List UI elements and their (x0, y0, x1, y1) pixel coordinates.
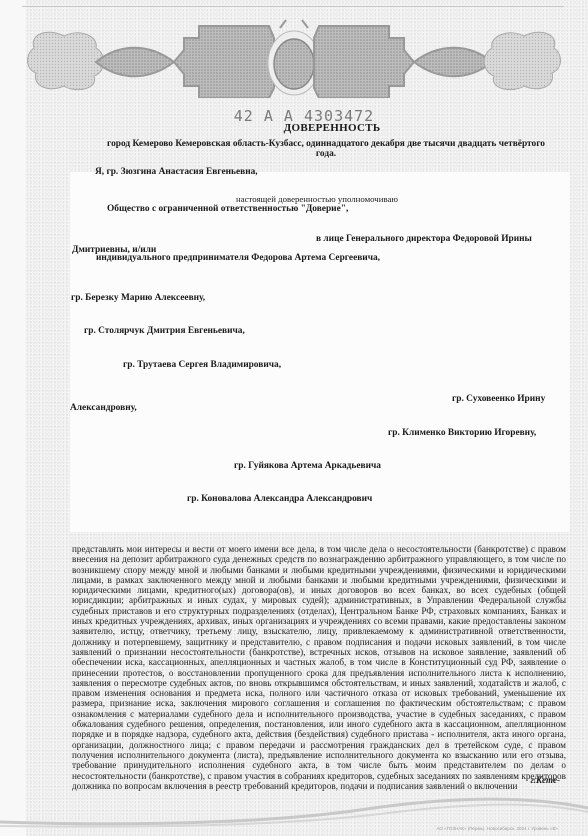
security-ornament-emblem-icon (24, 18, 564, 98)
powers-text: представлять мои интересы и вести от мое… (72, 544, 566, 791)
page-border (22, 6, 564, 7)
representative-1: гр. Березку Марию Алексеевну, (71, 293, 205, 303)
representative-7: гр. Коновалова Александра Александрович (187, 494, 372, 504)
printer-imprint: АО «ГОЗНАК» (Пермь). Новосибирск. 2024 г… (437, 826, 558, 831)
document-title: ДОВЕРЕННОСТЬ (0, 122, 588, 134)
filled-area (70, 172, 570, 532)
director-clause: в лице Генерального директора Федоровой … (316, 234, 532, 244)
representative-3: гр. Трутаева Сергея Владимировича, (123, 360, 281, 370)
place-and-date: город Кемерово Кемеровская область-Кузба… (96, 139, 556, 159)
representative-4: гр. Суховеенко Ирину (452, 394, 545, 404)
entrepreneur-name: индивидуального предпринимателя Федорова… (96, 253, 380, 263)
authorize-phrase: настоящей доверенностью уполномочиваю (236, 194, 398, 204)
organization-name: Общество с ограниченной ответственностью… (107, 204, 348, 214)
representative-5: гр. Клименко Викторию Игоревну, (388, 428, 536, 438)
principal-name: Я, гр. Зюзгина Анастасия Евгеньевна, (95, 167, 258, 177)
representative-2: гр. Столярчук Дмитрия Евгеньевича, (84, 326, 245, 336)
representative-6: гр. Гуйякова Артема Аркадьевича (234, 461, 381, 471)
representative-4-continued: Александровну, (70, 403, 137, 413)
